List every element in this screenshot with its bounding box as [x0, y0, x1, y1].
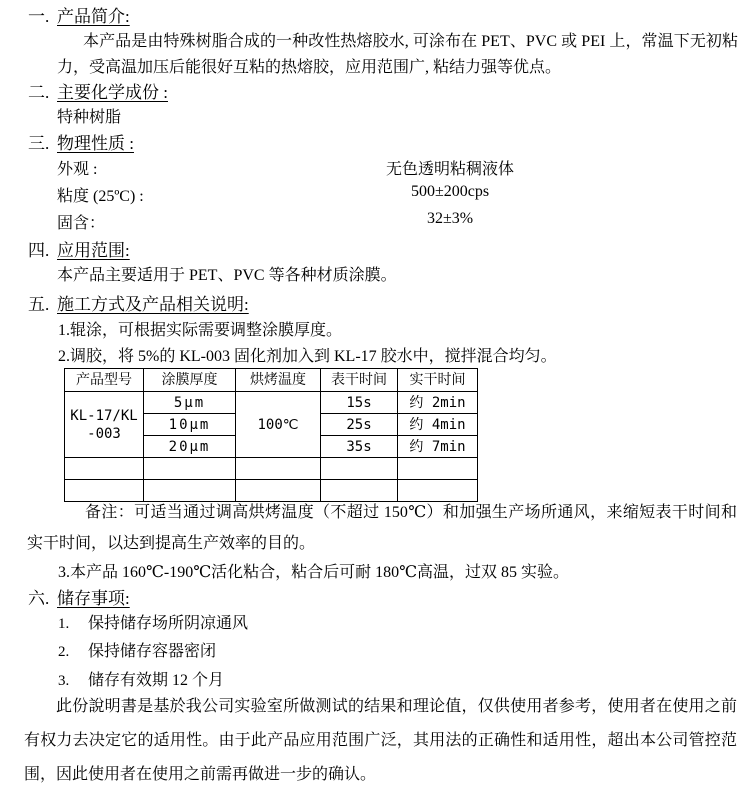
table-row: KL-17/KL -003 5μm 100℃ 15s 约 2min — [65, 392, 478, 414]
section-heading-physical: 三.物理性质 : — [28, 129, 134, 154]
application-text: 本产品主要适用于 PET、PVC 等各种材质涂膜。 — [57, 262, 397, 285]
table-cell-surface-dry: 15s — [321, 392, 398, 414]
list-number: 1. — [58, 616, 88, 633]
table-cell-model: KL-17/KL -003 — [65, 392, 144, 458]
section-number: 二. — [28, 78, 57, 103]
table-cell-surface-dry: 35s — [321, 436, 398, 458]
table-cell-full-dry: 约 4min — [398, 414, 478, 436]
instruction-roller-coating: 1.辊涂，可根据实际需要调整涂膜厚度。 — [58, 317, 342, 340]
storage-item: 2.保持储存容器密闭 — [58, 638, 216, 661]
table-header-full-dry: 实干时间 — [398, 369, 478, 392]
table-empty-cell — [236, 458, 321, 480]
remark-paragraph: 备注：可适当通过调高烘烤温度（不超过 150℃）和加强生产场所通风，来缩短表干时… — [27, 497, 737, 559]
section-number: 三. — [28, 129, 57, 154]
instruction-mixing: 2.调胶，将 5%的 KL-003 固化剂加入到 KL-17 胶水中，搅拌混合均… — [58, 343, 557, 366]
section-number: 四. — [28, 236, 57, 261]
property-label-viscosity: 粘度 (25ºC) : — [57, 183, 144, 206]
table-header-thickness: 涂膜厚度 — [144, 369, 236, 392]
section-heading-chemical: 二.主要化学成份 : — [28, 78, 168, 103]
list-text: 储存有效期 12 个月 — [88, 672, 224, 689]
table-header-bake-temp: 烘烤温度 — [236, 369, 321, 392]
section-title: 产品简介: — [57, 7, 130, 26]
table-cell-thickness: 10μm — [144, 414, 236, 436]
storage-item: 1.保持储存场所阴凉通风 — [58, 610, 248, 633]
table-empty-cell — [144, 458, 236, 480]
intro-paragraph: 本产品是由特殊树脂合成的一种改性热熔胶水, 可涂布在 PET、PVC 或 PEI… — [57, 29, 738, 81]
table-empty-cell — [65, 458, 144, 480]
section-number: 五. — [28, 290, 57, 315]
section-heading-process: 五.施工方式及产品相关说明: — [28, 290, 249, 315]
table-cell-thickness: 5μm — [144, 392, 236, 414]
property-value-viscosity: 500±200cps — [260, 183, 640, 201]
property-value-appearance: 无色透明粘稠液体 — [260, 156, 640, 179]
table-cell-bake-temp: 100℃ — [236, 392, 321, 458]
section-title: 主要化学成份 : — [57, 83, 168, 102]
table-cell-surface-dry: 25s — [321, 414, 398, 436]
section-heading-storage: 六.储存事项: — [28, 584, 130, 609]
chemical-composition-text: 特种树脂 — [57, 104, 121, 127]
table-cell-thickness: 20μm — [144, 436, 236, 458]
section-title: 物理性质 : — [57, 134, 134, 153]
section-number: 六. — [28, 584, 57, 609]
spec-table: 产品型号 涂膜厚度 烘烤温度 表干时间 实干时间 KL-17/KL -003 5… — [64, 368, 478, 502]
product-datasheet-page: 一.产品简介: 本产品是由特殊树脂合成的一种改性热熔胶水, 可涂布在 PET、P… — [0, 0, 741, 793]
section-title: 储存事项: — [57, 589, 130, 608]
model-line-2: -003 — [65, 425, 143, 443]
table-empty-cell — [398, 458, 478, 480]
list-number: 3. — [58, 673, 88, 690]
table-cell-full-dry: 约 7min — [398, 436, 478, 458]
table-empty-row — [65, 458, 478, 480]
list-text: 保持储存场所阴凉通风 — [88, 615, 248, 632]
list-number: 2. — [58, 644, 88, 661]
section-number: 一. — [28, 2, 57, 27]
table-empty-cell — [321, 458, 398, 480]
section-heading-application: 四.应用范围: — [28, 236, 130, 261]
disclaimer-paragraph: 此份說明書是基於我公司实验室所做测试的结果和理论值，仅供使用者参考，使用者在使用… — [24, 690, 737, 792]
section-heading-intro: 一.产品简介: — [28, 2, 130, 27]
activation-note: 3.本产品 160℃-190℃活化粘合，粘合后可耐 180℃高温，过双 85 实… — [58, 559, 569, 582]
model-line-1: KL-17/KL — [65, 407, 143, 425]
table-header-model: 产品型号 — [65, 369, 144, 392]
property-label-appearance: 外观 : — [57, 156, 97, 179]
storage-item: 3.储存有效期 12 个月 — [58, 667, 224, 690]
section-title: 施工方式及产品相关说明: — [57, 295, 249, 314]
property-value-solid-content: 32±3% — [260, 210, 640, 228]
list-text: 保持储存容器密闭 — [88, 643, 216, 660]
property-label-solid-content: 固含： — [57, 210, 105, 233]
table-header-row: 产品型号 涂膜厚度 烘烤温度 表干时间 实干时间 — [65, 369, 478, 392]
table-header-surface-dry: 表干时间 — [321, 369, 398, 392]
section-title: 应用范围: — [57, 241, 130, 260]
table-cell-full-dry: 约 2min — [398, 392, 478, 414]
